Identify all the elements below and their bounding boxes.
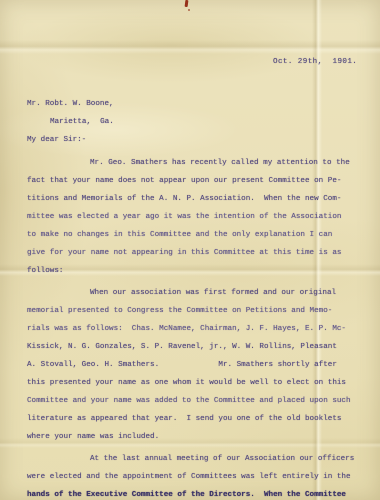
letter-line: When our association was first formed an… (27, 284, 372, 302)
letter-line: mittee was elected a year ago it was the… (27, 208, 372, 226)
letter-line: literature as appeared that year. I send… (27, 410, 372, 428)
letter-line: Mr. Geo. Smathers has recently called my… (27, 154, 372, 172)
letter-line: A. Stovall, Geo. H. Smathers. Mr. Smathe… (27, 356, 372, 374)
red-ink-speck (188, 9, 190, 11)
letter-line: this presented your name as one whom it … (27, 374, 372, 392)
letter-line: to make no changes in this Committee and… (27, 226, 372, 244)
recipient-name: Mr. Robt. W. Boone, (27, 100, 114, 108)
letter-line: give for your name not appearing in this… (27, 244, 372, 262)
letter-line: where your name was included. (27, 428, 372, 446)
paper-crease-top (0, 40, 380, 54)
letter-line: rials was as follows: Chas. McNamee, Cha… (27, 320, 372, 338)
letter-scan: Oct. 29th, 1901. Mr. Robt. W. Boone, Mar… (0, 0, 380, 500)
letter-line: titions and Memorials of the A. N. P. As… (27, 190, 372, 208)
letter-line: hands of the Executive Committee of the … (27, 486, 372, 500)
letter-line: Committee and your name was added to the… (27, 392, 372, 410)
recipient-city: Marietta, Ga. (50, 118, 114, 126)
letter-line: follows: (27, 262, 372, 280)
letter-body: Mr. Geo. Smathers has recently called my… (27, 154, 372, 500)
letter-line: At the last annual meeting of our Associ… (27, 450, 372, 468)
letter-date: Oct. 29th, 1901. (273, 58, 357, 66)
red-ink-mark (185, 0, 189, 7)
letter-line: were elected and the appointment of Comm… (27, 468, 372, 486)
letter-line: Kissick, N. G. Gonzales, S. P. Ravenel, … (27, 338, 372, 356)
salutation: My dear Sir:- (27, 136, 86, 144)
letter-line: fact that your name does not appear upon… (27, 172, 372, 190)
letter-line: memorial presented to Congress the Commi… (27, 302, 372, 320)
